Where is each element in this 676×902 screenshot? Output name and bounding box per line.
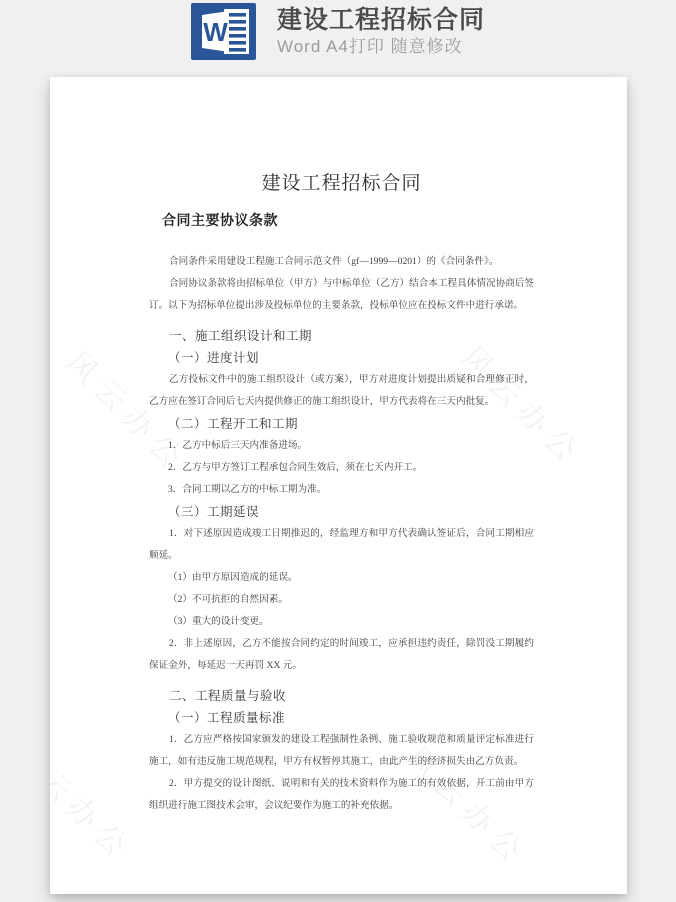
doc-para: 乙方投标文件中的施工组织设计（或方案），甲方对进度计划提出质疑和合理修正时，乙方…	[149, 369, 534, 413]
doc-h2: （三）工期延误	[149, 501, 534, 523]
doc-h1: 二、工程质量与验收	[149, 685, 534, 707]
doc-para: 1．乙方应严格按国家颁发的建设工程强制性条例、施工验收规范和质量评定标准进行施工…	[149, 729, 534, 773]
doc-para: 合同协议条款将由招标单位（甲方）与中标单位（乙方）结合本工程具体情况协商后签订。…	[149, 273, 534, 317]
doc-para: 2．非上述原因，乙方不能按合同约定的时间竣工，应承担违约责任，除罚没工期履约保证…	[149, 633, 534, 677]
document-page: 风云办公风云办公风云办公风云办公 建设工程招标合同 合同主要协议条款合同条件采用…	[50, 77, 627, 894]
doc-h1: 一、施工组织设计和工期	[149, 325, 534, 347]
page-title: 建设工程招标合同	[277, 6, 485, 34]
doc-h2: （一）工程质量标准	[149, 707, 534, 729]
doc-h2: （二）工程开工和工期	[149, 413, 534, 435]
doc-para: 1．对下述原因造成竣工日期推迟的，经监理方和甲方代表确认签证后，合同工期相应顺延…	[149, 523, 534, 567]
doc-heading-bold: 合同主要协议条款	[149, 210, 534, 234]
header-text: 建设工程招标合同 Word A4打印 随意修改	[277, 6, 485, 57]
doc-item: 3．合同工期以乙方的中标工期为准。	[149, 479, 534, 501]
doc-item: 2．乙方与甲方签订工程承包合同生效后，须在七天内开工。	[149, 457, 534, 479]
doc-item: （1）由甲方原因造成的延误。	[149, 567, 534, 589]
template-header: W 建设工程招标合同 Word A4打印 随意修改	[0, 0, 676, 62]
doc-item: （3）重大的设计变更。	[149, 611, 534, 633]
doc-item: （2）不可抗拒的自然因素。	[149, 589, 534, 611]
doc-h2: （一）进度计划	[149, 347, 534, 369]
document-body: 合同主要协议条款合同条件采用建设工程施工合同示范文件（gf—1999—0201）…	[149, 210, 534, 817]
document-title: 建设工程招标合同	[149, 77, 534, 199]
word-logo-icon: W	[191, 3, 256, 60]
page-subtitle: Word A4打印 随意修改	[277, 37, 463, 57]
doc-item: 1．乙方中标后三天内准备进场。	[149, 435, 534, 457]
document-content: 建设工程招标合同 合同主要协议条款合同条件采用建设工程施工合同示范文件（gf—1…	[50, 77, 627, 817]
doc-para: 2．甲方提交的设计图纸、说明和有关的技术资料作为施工的有效依据，开工前由甲方组织…	[149, 773, 534, 817]
doc-para: 合同条件采用建设工程施工合同示范文件（gf—1999—0201）的《合同条件》。	[149, 251, 534, 273]
svg-text:W: W	[203, 17, 228, 47]
